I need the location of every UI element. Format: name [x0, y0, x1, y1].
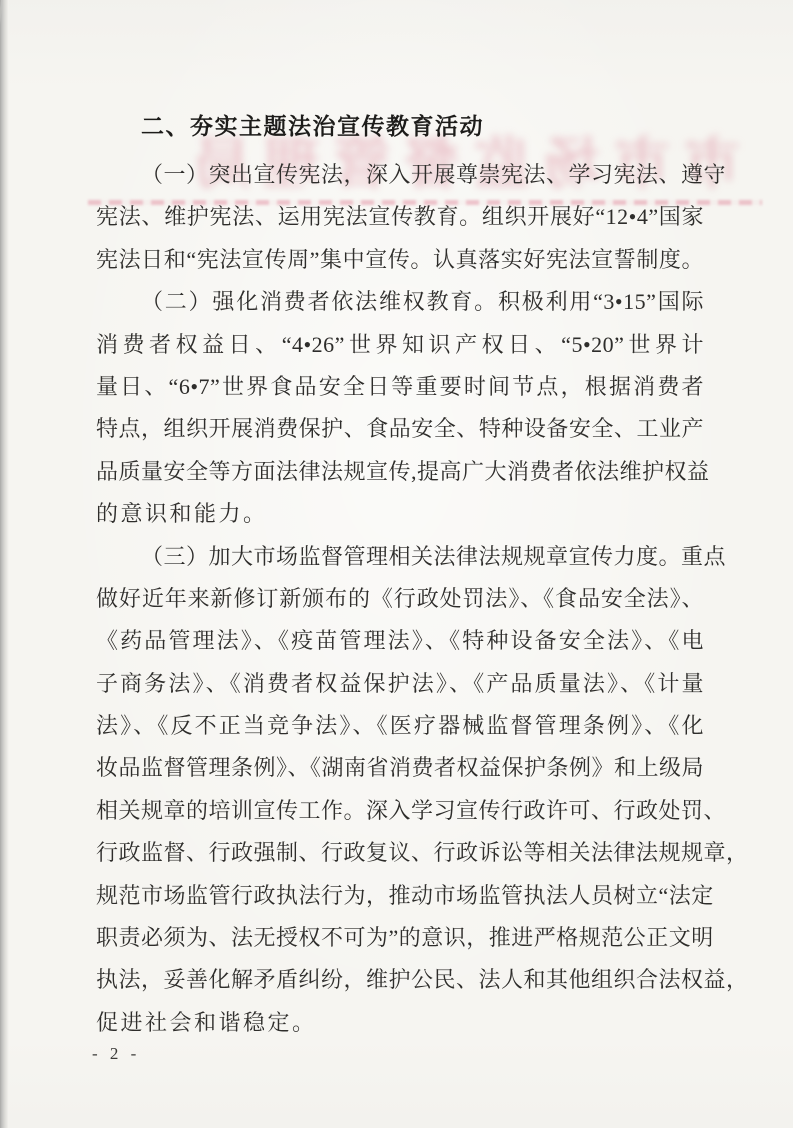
text-line: 妆品监督管理条例》、《湖南省消费者权益保护条例》和上级局 [96, 747, 704, 789]
text-line: 相关规章的培训宣传工作。深入学习宣传行政许可、行政处罚、 [96, 790, 704, 832]
text-line: 子商务法》、《消费者权益保护法》、《产品质量法》、《计量 [96, 663, 704, 705]
text-line: 职责必须为、法无授权不可为”的意识，推进严格规范公正文明 [96, 917, 704, 959]
text-line: （一）突出宣传宪法，深入开展尊崇宪法、学习宪法、遵守 [96, 154, 704, 196]
text-line: （二）强化消费者依法维权教育。积极利用“3•15”国际 [96, 281, 704, 323]
text-line: 的意识和能力。 [96, 493, 704, 535]
text-line: 宪法、维护宪法、运用宪法宣传教育。组织开展好“12•4”国家 [96, 196, 704, 238]
text-line: 量日、“6•7”世界食品安全日等重要时间节点，根据消费者 [96, 366, 704, 408]
section-heading: 二、夯实主题法治宣传教育活动 [96, 108, 704, 154]
text-line: 行政监督、行政强制、行政复议、行政诉讼等相关法律法规规章， [96, 832, 704, 874]
text-line: 消费者权益日、“4•26”世界知识产权日、“5•20”世界计 [96, 324, 704, 366]
text-line: 宪法日和“宪法宣传周”集中宣传。认真落实好宪法宣誓制度。 [96, 239, 704, 281]
page-number: - 2 - [92, 1044, 140, 1064]
scanned-document-page: { "document": { "heading": "二、夯实主题法治宣传教育… [0, 0, 793, 1128]
text-line: 做好近年来新修订新颁布的《行政处罚法》、《食品安全法》、 [96, 578, 704, 620]
text-line: （三）加大市场监督管理相关法律法规规章宣传力度。重点 [96, 536, 704, 578]
text-line: 促进社会和谐稳定。 [96, 1002, 704, 1044]
text-line: 规范市场监管行政执法行为，推动市场监管执法人员树立“法定 [96, 875, 704, 917]
text-line: 《药品管理法》、《疫苗管理法》、《特种设备安全法》、《电 [96, 620, 704, 662]
text-line: 特点，组织开展消费保护、食品安全、特种设备安全、工业产 [96, 408, 704, 450]
text-line: 品质量安全等方面法律法规宣传,提高广大消费者依法维护权益 [96, 451, 704, 493]
document-body: 二、夯实主题法治宣传教育活动 （一）突出宣传宪法，深入开展尊崇宪法、学习宪法、遵… [96, 108, 704, 1044]
scanner-edge-shadow [0, 0, 9, 1128]
text-line: 法》、《反不正当竞争法》、《医疗器械监督管理条例》、《化 [96, 705, 704, 747]
text-line: 执法，妥善化解矛盾纠纷，维护公民、法人和其他组织合法权益， [96, 959, 704, 1001]
